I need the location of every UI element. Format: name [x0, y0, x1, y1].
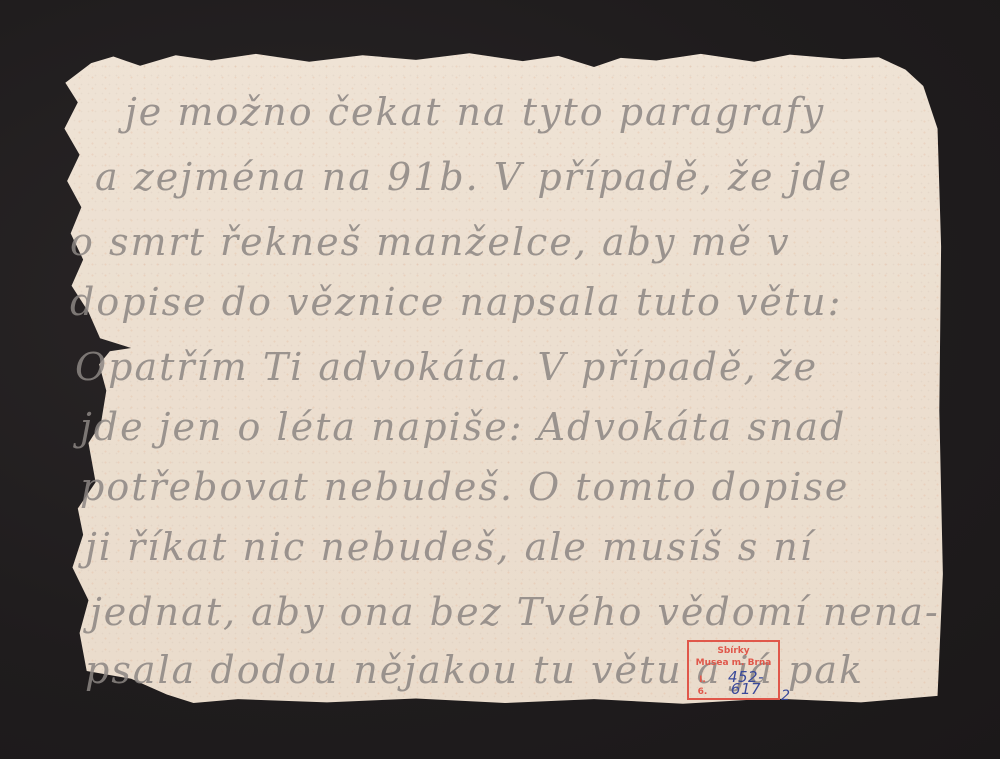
- stamp-prefix: I. 6.: [693, 674, 712, 698]
- text-line-8: ji říkat nic nebudeš, ale musíš s ní: [85, 525, 814, 569]
- stamp-reference-row: I. 6. 452-617: [689, 671, 778, 698]
- stamp-collection-label: Sbírky: [689, 645, 778, 657]
- text-line-2: a zejména na 91b. V případě, že jde: [95, 155, 853, 199]
- text-line-6: jde jen o léta napiše: Advokáta snad: [80, 405, 846, 449]
- text-line-1: je možno čekat na tyto paragrafy: [125, 90, 825, 134]
- inventory-subscript: 2: [781, 690, 790, 702]
- text-line-5: Opatřím Ti advokáta. V případě, že: [75, 345, 818, 389]
- museum-collection-stamp: Sbírky Musea m. Brna I. 6. 452-617 2: [687, 640, 780, 700]
- text-line-4: dopise do věznice napsala tuto větu:: [70, 280, 842, 324]
- inventory-number: 452-617: [714, 671, 778, 695]
- text-line-9: jednat, aby ona bez Tvého vědomí nena-: [90, 590, 940, 634]
- text-line-7: potřebovat nebudeš. O tomto dopise: [80, 465, 849, 509]
- text-line-3: o smrt řekneš manželce, aby mě v: [70, 220, 791, 264]
